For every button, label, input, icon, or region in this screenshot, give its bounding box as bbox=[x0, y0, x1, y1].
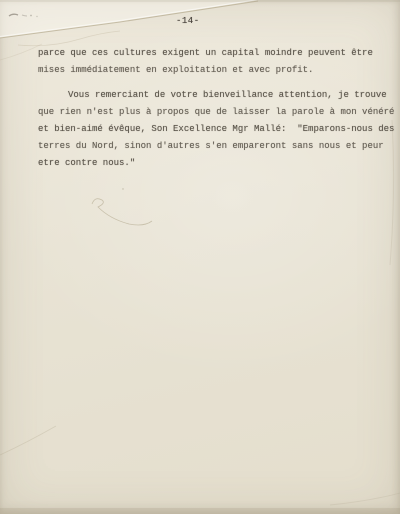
typed-line: que rien n'est plus à propos que de lais… bbox=[38, 104, 378, 121]
typed-line: parce que ces cultures exigent un capita… bbox=[38, 45, 378, 62]
secondary-crease-2 bbox=[0, 44, 42, 60]
paragraph-2: Vous remerciant de votre bienveillance a… bbox=[38, 87, 378, 172]
wrinkle-bottom-right bbox=[330, 493, 400, 505]
fold-crease-highlight bbox=[0, 0, 258, 37]
bottom-edge-shade bbox=[0, 508, 400, 514]
typed-line: Vous remerciant de votre bienveillance a… bbox=[38, 87, 378, 104]
document-body: parce que ces cultures exigent un capita… bbox=[38, 45, 378, 172]
wrinkle-right-edge bbox=[390, 120, 394, 265]
wrinkle-bottom-left bbox=[0, 426, 56, 455]
typed-line: terres du Nord, sinon d'autres s'en empa… bbox=[38, 138, 378, 155]
secondary-crease bbox=[18, 31, 120, 46]
scratch-mark bbox=[92, 188, 152, 225]
typed-line: et bien-aimé évêque, Son Excellence Mgr … bbox=[38, 121, 378, 138]
fold-crease bbox=[0, 1, 258, 38]
paragraph-1: parce que ces cultures exigent un capita… bbox=[38, 45, 378, 79]
top-edge-shade bbox=[0, 0, 400, 2]
page-number: -14- bbox=[176, 16, 200, 26]
typed-line: mises immédiatement en exploitation et a… bbox=[38, 62, 378, 79]
pencil-smudge bbox=[9, 14, 38, 17]
typed-line: etre contre nous." bbox=[38, 155, 378, 172]
fold-highlight bbox=[0, 0, 258, 38]
document-page: -14- parce que ces cultures exigent un c… bbox=[0, 0, 400, 514]
